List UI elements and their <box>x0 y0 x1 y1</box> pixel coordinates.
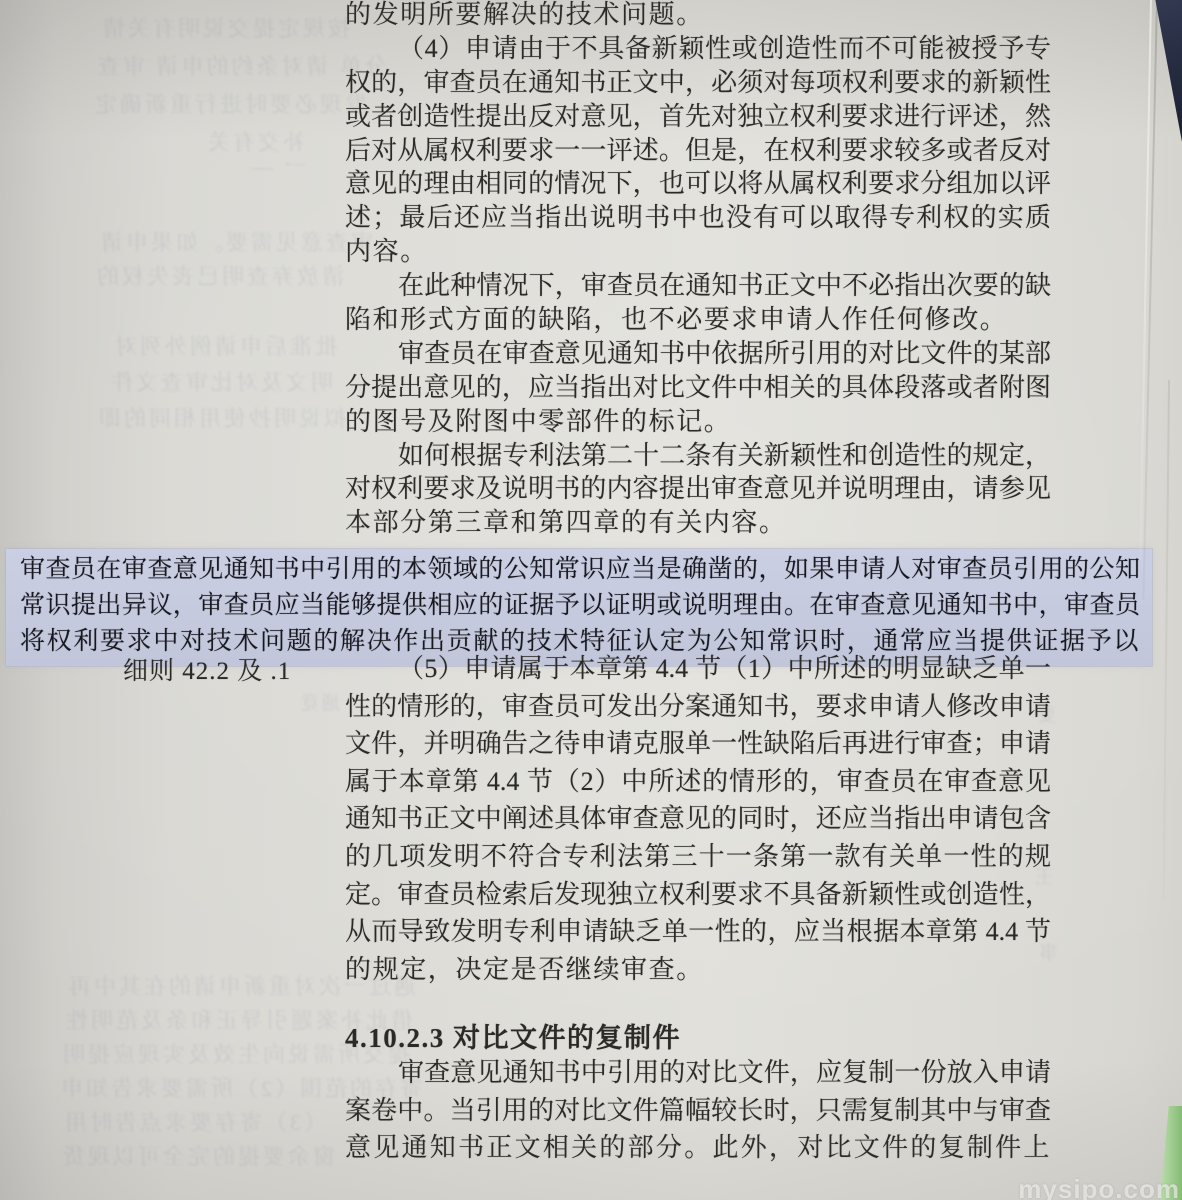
body-line: 意见的理由相同的情况下，也可以将从属权利要求分组加以评 <box>345 167 1051 201</box>
ghost-text: 按规定提交说明有关情 <box>100 12 350 43</box>
body-line: 属于本章第 4.4 节（2）中所述的情形的，审查员在审查意见 <box>345 763 1051 801</box>
body-line: 本部分第三章和第四章的有关内容。 <box>345 506 1051 540</box>
body-line: 从而导致发明专利申请缺乏单一性的，应当根据本章第 4.4 节 <box>345 913 1051 951</box>
highlighted-passage: 审查员在审查意见通知书中引用的本领域的公知常识应当是确凿的，如果申请人对审查员引… <box>6 549 1152 666</box>
body-line: 的图号及附图中零部件的标记。 <box>345 405 1051 439</box>
body-line: 定。审查员检索后发现独立权利要求不具备新颖性或创造性， <box>345 876 1051 914</box>
body-line: 在此种情况下，审查员在通知书正文中不必指出次要的缺 <box>345 269 1051 303</box>
body-line: 意见通知书正文相关的部分。此外，对比文件的复制件上应当 <box>345 1129 1051 1167</box>
page-edge-crease <box>1163 380 1170 900</box>
ghost-text: （3）寄存要求点告时用 <box>62 1106 326 1137</box>
body-line: 如何根据专利法第二十二条有关新颖性和创造性的规定， <box>345 439 1051 473</box>
body-line: 权的，审查员在通知书正文中，必须对每项权利要求的新颖性 <box>345 66 1051 100</box>
body-line: 内容。 <box>345 235 1051 269</box>
ghost-text: 拟说明抄使用相同的即 <box>96 402 346 433</box>
book-page-photo: 按规定提交说明有关情 分单 请对条约的申请 审查 发现必要时进行重新确定 补交有… <box>0 0 1182 1200</box>
ghost-text: 批准后申请例外列对 <box>112 330 337 361</box>
body-line: 审查意见通知书中引用的对比文件，应复制一份放入申请 <box>345 1054 1051 1092</box>
highlight-line: 常识提出异议，审查员应当能够提供相应的证据予以证明或说明理由。在审查意见通知书中… <box>20 588 1140 624</box>
ghost-text: 通竟 <box>300 688 340 715</box>
ghost-text: 清放弃查明已丧失权的 <box>94 260 344 291</box>
body-line: 后对从属权利要求一一评述。但是，在权利要求较多或者反对 <box>345 134 1051 168</box>
ghost-text: 发现必要时进行重新确定 <box>92 88 367 119</box>
body-text-closing: 审查意见通知书中引用的对比文件，应复制一份放入申请 案卷中。当引用的对比文件篇幅… <box>345 1054 1051 1167</box>
body-line: 的规定，决定是否继续审查。 <box>345 951 1051 989</box>
margin-note-rule-reference: 细则 42.2 及 .1 <box>123 651 291 687</box>
body-line: 的几项发明不符合专利法第三十一条第一款有关单一性的规 <box>345 838 1051 876</box>
body-line: 对权利要求及说明书的内容提出审查意见并说明理由，请参见 <box>345 472 1051 506</box>
ghost-text: 分单 请对条约的申请 审查 <box>95 50 387 81</box>
body-line: 案卷中。当引用的对比文件篇幅较长时，只需复制其中与审查 <box>345 1092 1051 1130</box>
highlight-line: 审查员在审查意见通知书中引用的本领域的公知常识应当是确凿的，如果申请人对审查员引… <box>20 552 1140 588</box>
body-line: 的发明所要解决的技术问题。 <box>345 0 1051 32</box>
body-line: 分提出意见的，应当指出对比文件中相关的具体段落或者附图 <box>345 371 1051 405</box>
ghost-text: 一 — <box>248 150 307 181</box>
body-line: 或者创造性提出反对意见，首先对独立权利要求进行评述，然 <box>345 100 1051 134</box>
body-text-paragraph-5: （5）申请属于本章第 4.4 节（1）中所述的明显缺乏单一 性的情形的，审查员可… <box>345 650 1051 988</box>
body-line: 通知书正文中阐述具体审查意见的同时，还应当指出申请包含 <box>345 800 1051 838</box>
body-line: 述；最后还应当指出说明书中也没有可以取得专利权的实质 <box>345 201 1051 235</box>
body-line: 文件，并明确告之待申请克服单一性缺陷后再进行审查；申请 <box>345 725 1051 763</box>
ghost-text: 窗余要提的完全可以现货 <box>60 1140 335 1171</box>
body-text-upper: 的发明所要解决的技术问题。 （4）申请由于不具备新颖性或创造性而不可能被授予专利… <box>345 0 1051 540</box>
ghost-text: 审查意见需要。如果申请 <box>98 226 373 257</box>
body-line: （4）申请由于不具备新颖性或创造性而不可能被授予专利 <box>345 32 1051 66</box>
ghost-text: 明文及对比审查文件 <box>108 366 333 397</box>
watermark: mysipo.com <box>1018 1174 1180 1200</box>
body-line: 陷和形式方面的缺陷，也不必要求申请人作任何修改。 <box>345 303 1051 337</box>
body-line: 审查员在审查意见通知书中依据所引用的对比文件的某部 <box>345 337 1051 371</box>
section-heading: 4.10.2.3 对比文件的复制件 <box>345 1016 681 1055</box>
body-line: 性的情形的，审查员可发出分案通知书，要求申请人修改申请 <box>345 688 1051 726</box>
body-line: （5）申请属于本章第 4.4 节（1）中所述的明显缺乏单一 <box>345 650 1051 688</box>
